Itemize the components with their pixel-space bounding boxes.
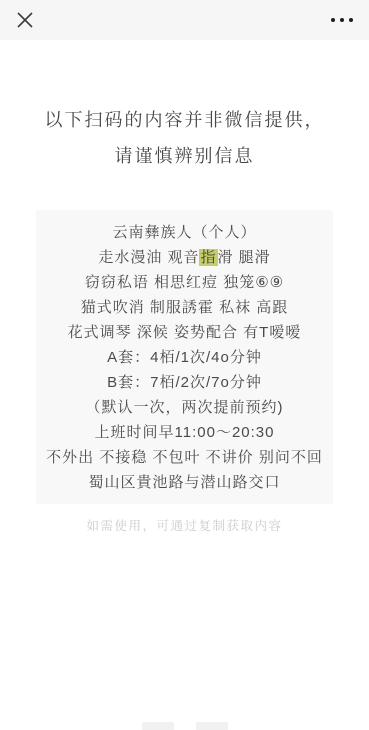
content-line: 不外出 不接稳 不包叶 不讲价 别问不回 [40, 445, 329, 470]
content-line: A套：4栢/1次/4o分钟 [40, 345, 329, 370]
content-line: 上班时间早11:00～20:30 [40, 420, 329, 445]
close-button[interactable] [14, 9, 36, 31]
content-keyword-line: 走水漫油 观音指滑 腿滑 [40, 245, 329, 270]
keyword-line-pre: 走水漫油 观音 [98, 249, 199, 266]
content-line: B套：7栢/2次/7o分钟 [40, 370, 329, 395]
highlighted-keyword: 指 [199, 249, 217, 266]
copy-hint-text: 如需使用，可通过复制获取内容 [0, 516, 369, 534]
keyword-line-post: 滑 腿滑 [218, 249, 271, 266]
content-line: （默认一次，两次提前预约) [40, 395, 329, 420]
clipped-bottom-button[interactable] [142, 722, 174, 730]
scan-warning-line2: 请谨慎辨别信息 [0, 138, 369, 174]
scan-warning: 以下扫码的内容并非微信提供， 请谨慎辨别信息 [0, 102, 369, 174]
content-line: 花式调琴 深候 姿势配合 有T嗳嗳 [40, 320, 329, 345]
content-line: 猫式吹消 制服誘霍 私袜 高跟 [40, 295, 329, 320]
content-line: 蜀山区貴池路与潜山路交口 [40, 470, 329, 495]
more-icon [331, 18, 353, 22]
titlebar [0, 0, 369, 40]
content-title-line: 云南彝族人（个人） [40, 220, 329, 245]
clipped-bottom-button[interactable] [196, 722, 228, 730]
clipped-bottom-elements [142, 722, 228, 730]
more-button[interactable] [329, 9, 355, 31]
content-line: 窃窃私语 相思红痘 独笼⑥⑨ [40, 270, 329, 295]
close-icon [16, 11, 34, 29]
scanned-content-box: 云南彝族人（个人） 走水漫油 观音指滑 腿滑 窃窃私语 相思红痘 独笼⑥⑨ 猫式… [36, 210, 333, 504]
scan-warning-line1: 以下扫码的内容并非微信提供， [0, 102, 369, 138]
